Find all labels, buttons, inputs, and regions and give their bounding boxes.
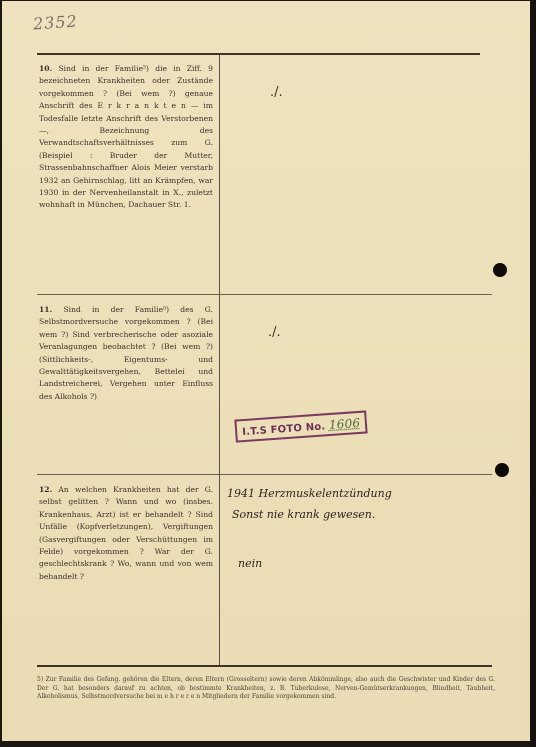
punch-hole-bottom: [495, 463, 509, 477]
top-rule: [37, 53, 480, 55]
answer-12-line-1: 1941 Herzmuskelentzündung: [227, 487, 392, 500]
footnote-marker: 5): [37, 676, 43, 683]
footnote-text: Zur Familie des Gefang. gehören die Elte…: [37, 676, 495, 700]
question-12: 12. An welchen Krankheiten hat der G. se…: [39, 484, 213, 583]
bottom-rule: [37, 665, 492, 667]
question-11: 11. Sind in der Familie⁵) des G. Selbstm…: [39, 304, 213, 403]
footnote: 5) Zur Familie des Gefang. gehören die E…: [37, 676, 495, 702]
column-divider: [219, 55, 220, 665]
question-text: An welchen Krankheiten hat der G. selbst…: [39, 485, 213, 581]
document-page: 2352 10. Sind in der Familie⁵) die in Zi…: [2, 1, 530, 741]
stamp-number: 1606: [328, 416, 360, 432]
answer-12-line-2: Sonst nie krank gewesen.: [232, 508, 375, 521]
row-rule-left: [37, 474, 219, 475]
question-number: 11.: [39, 305, 52, 314]
row-rule-right: [220, 474, 492, 475]
scan-edge: [530, 0, 536, 747]
handwritten-page-number: 2352: [32, 11, 78, 33]
question-text: Sind in der Familie⁵) die in Ziff. 9 bez…: [39, 64, 213, 209]
row-rule-left: [37, 294, 219, 295]
stamp-label: I.T.S FOTO No.: [242, 421, 326, 438]
question-text: Sind in der Familie⁵) des G. Selbstmordv…: [39, 305, 213, 401]
question-10: 10. Sind in der Familie⁵) die in Ziff. 9…: [39, 63, 213, 212]
answer-11-dash-mark: ./.: [268, 325, 281, 340]
its-foto-stamp: I.T.S FOTO No. 1606: [234, 410, 368, 442]
question-number: 12.: [39, 485, 52, 494]
punch-hole-top: [493, 263, 507, 277]
answer-10-dash-mark: ./.: [270, 85, 283, 100]
row-rule-right: [220, 294, 492, 295]
question-number: 10.: [39, 64, 52, 73]
answer-12-second: nein: [238, 557, 262, 570]
